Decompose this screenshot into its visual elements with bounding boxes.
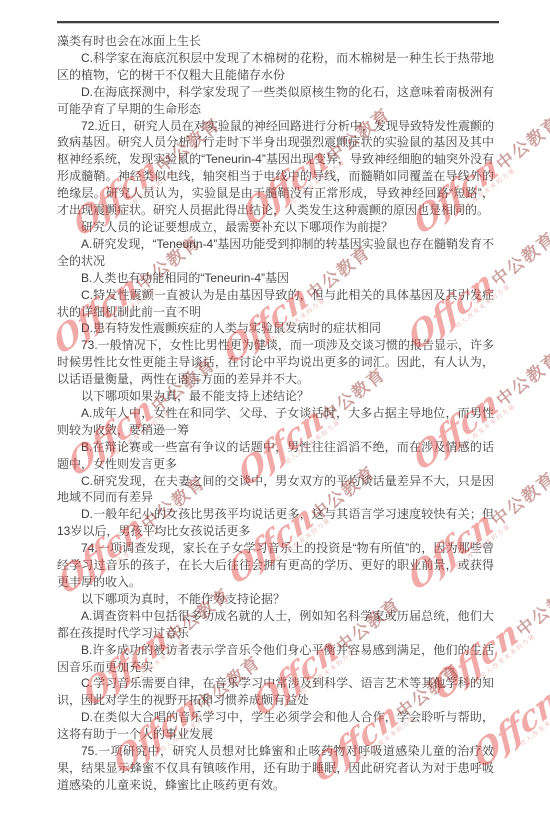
- paragraph: 藻类有时也会在冰面上生长: [57, 33, 494, 50]
- paragraph: A.成年人中，女性在和同学、父母、子女谈话时，大多占据主导地位，而男性则较为收敛…: [57, 405, 494, 439]
- offcn-brand-text: 中公教育: [493, 113, 550, 173]
- paragraph: D.患有特发性震颤疾症的人类与实验鼠发病时的症状相同: [57, 320, 494, 337]
- offcn-slogan-text: 给人改变未来的力量: [520, 661, 550, 748]
- document-page: 藻类有时也会在冰面上生长C.科学家在海底沉积层中发现了木棉树的花粉，而木棉树是一…: [0, 0, 550, 820]
- paragraph: C.学习音乐需要自律，在音乐学习中常涉及到科学、语言艺术等其他学科的知识，因此对…: [57, 675, 494, 709]
- offcn-brand-text: 中公教育: [488, 229, 550, 289]
- offcn-brand-text: 中公教育: [513, 579, 550, 639]
- paragraph: C.特发性震颤一直被认为是由基因导致的，但与此相关的具体基因及其引发症状的详细机…: [57, 287, 494, 321]
- document-body: 藻类有时也会在冰面上生长C.科学家在海底沉积层中发现了木棉树的花粉，而木棉树是一…: [57, 33, 494, 794]
- paragraph: 以下哪项为真时，不能作为支持论据？: [57, 591, 494, 608]
- paragraph: B.人类也有功能相同的“Teneurin-4”基因: [57, 270, 494, 287]
- paragraph: 72.近日，研究人员在对实验鼠的神经回路进行分析中，发现导致特发性震颤的致病基因…: [57, 118, 494, 219]
- paragraph: D.在类似大合唱的音乐学习中，学生必须学会和他人合作，学会聆听与帮助，这将有助于…: [57, 709, 494, 743]
- paragraph: D.在海底探测中，科学家发现了一些类似原核生物的化石，这意味着南极洲有可能孕育了…: [57, 84, 494, 118]
- paragraph: B.在辩论赛或一些富有争议的话题中，男性往往滔滔不绝，而在涉及情感的话题中，女性…: [57, 439, 494, 473]
- paragraph: D.一般年纪小的女孩比男孩平均说话更多，这与其语言学习速度较快有关；但13岁以后…: [57, 506, 494, 540]
- paragraph: 75.一项研究中，研究人员想对比蜂蜜和止咳药物对呼吸道感染儿童的治疗效果，结果显…: [57, 743, 494, 794]
- paragraph: A.调查资料中包括很多功成名就的人士，例如知名科学家或历届总统，他们大都在孩提时…: [57, 608, 494, 642]
- paragraph: 73.一般情况下，女性比男性更为健谈，而一项涉及交谈习惯的报告显示，许多时候男性…: [57, 337, 494, 388]
- paragraph: C.科学家在海底沉积层中发现了木棉树的花粉，而木棉树是一种生长于热带地区的植物，…: [57, 50, 494, 84]
- offcn-brand-text: 中公教育: [488, 469, 550, 529]
- paragraph: B.许多成功的被访者表示学音乐令他们身心平衡并容易感到满足，他们的生活因音乐而更…: [57, 642, 494, 676]
- paragraph: 74.一项调查发现，家长在子女学习音乐上的投资是“物有所值”的，因为那些曾经学习…: [57, 540, 494, 591]
- paragraph: A.研究发现，“Teneurin-4”基因功能受到抑制的转基因实验鼠也存在髓鞘发…: [57, 236, 494, 270]
- offcn-brand-text: 中公教育: [493, 349, 550, 409]
- paragraph: 以下哪项如果为真，最不能支持上述结论？: [57, 388, 494, 405]
- paragraph: 研究人员的论证要想成立，最需要补充以下哪项作为前提？: [57, 219, 494, 236]
- paragraph: C.研究发现，在夫妻之间的交谈中，男女双方的平均谈话量差异不大，只是因地域不同而…: [57, 473, 494, 507]
- top-divider-rule: [57, 21, 499, 23]
